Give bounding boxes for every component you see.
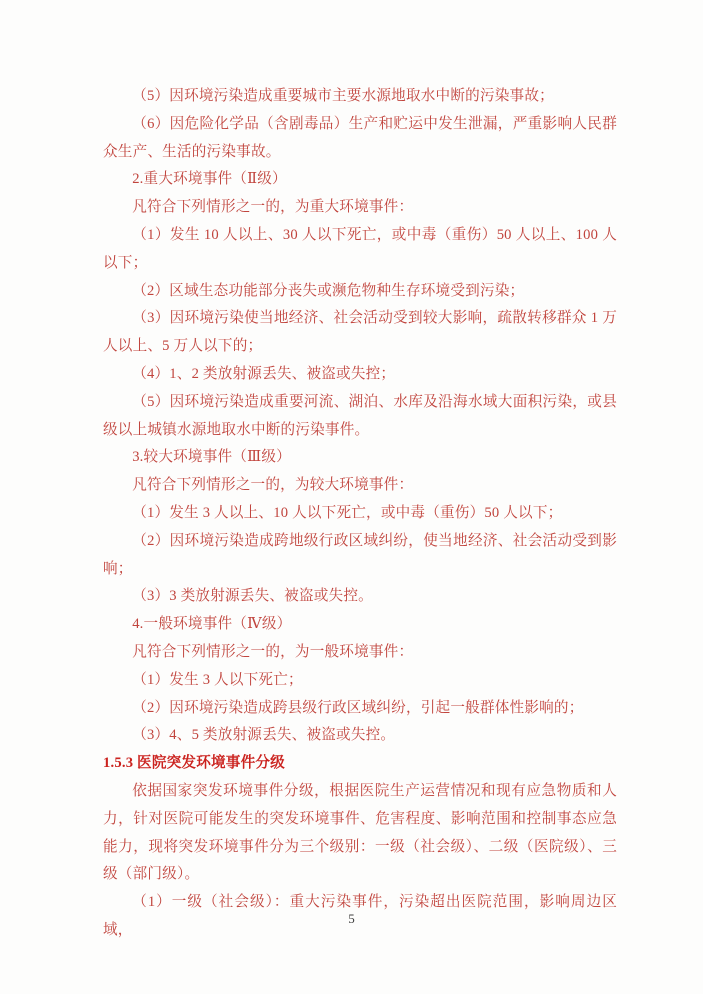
list-item: （1）发生 3 人以下死亡；	[103, 667, 617, 695]
list-item: （2）因环境污染造成跨地级行政区域纠纷，使当地经济、社会活动受到影响；	[103, 528, 617, 584]
paragraph: 凡符合下列情形之一的，为重大环境事件：	[103, 194, 617, 222]
page-number: 5	[348, 911, 355, 926]
section-heading: 1.5.3 医院突发环境事件分级	[103, 750, 617, 778]
list-item: （1）发生 3 人以上、10 人以下死亡，或中毒（重伤）50 人以下；	[103, 500, 617, 528]
page-footer: 5	[0, 910, 703, 928]
list-item-heading: 2.重大环境事件（Ⅱ级）	[103, 166, 617, 194]
list-item: （1）发生 10 人以上、30 人以下死亡，或中毒（重伤）50 人以上、100 …	[103, 222, 617, 278]
list-item-heading: 4.一般环境事件（Ⅳ级）	[103, 611, 617, 639]
paragraph: （5）因环境污染造成重要城市主要水源地取水中断的污染事故；	[103, 83, 617, 111]
paragraph: （6）因危险化学品（含剧毒品）生产和贮运中发生泄漏，严重影响人民群众生产、生活的…	[103, 111, 617, 167]
list-item: （2）因环境污染造成跨县级行政区域纠纷，引起一般群体性影响的；	[103, 695, 617, 723]
paragraph: 凡符合下列情形之一的，为一般环境事件：	[103, 639, 617, 667]
list-item-heading: 3.较大环境事件（Ⅲ级）	[103, 444, 617, 472]
document-body: （5）因环境污染造成重要城市主要水源地取水中断的污染事故； （6）因危险化学品（…	[103, 83, 617, 945]
list-item: （2）区域生态功能部分丧失或濒危物种生存环境受到污染；	[103, 278, 617, 306]
paragraph: 凡符合下列情形之一的，为较大环境事件：	[103, 472, 617, 500]
list-item: （4）1、2 类放射源丢失、被盗或失控；	[103, 361, 617, 389]
list-item: （5）因环境污染造成重要河流、湖泊、水库及沿海水域大面积污染，或县级以上城镇水源…	[103, 389, 617, 445]
list-item: （3）因环境污染使当地经济、社会活动受到较大影响，疏散转移群众 1 万人以上、5…	[103, 305, 617, 361]
paragraph: 依据国家突发环境事件分级，根据医院生产运营情况和现有应急物质和人力，针对医院可能…	[103, 778, 617, 889]
document-page: （5）因环境污染造成重要城市主要水源地取水中断的污染事故； （6）因危险化学品（…	[0, 0, 703, 994]
list-item: （3）3 类放射源丢失、被盗或失控。	[103, 583, 617, 611]
list-item: （3）4、5 类放射源丢失、被盗或失控。	[103, 722, 617, 750]
